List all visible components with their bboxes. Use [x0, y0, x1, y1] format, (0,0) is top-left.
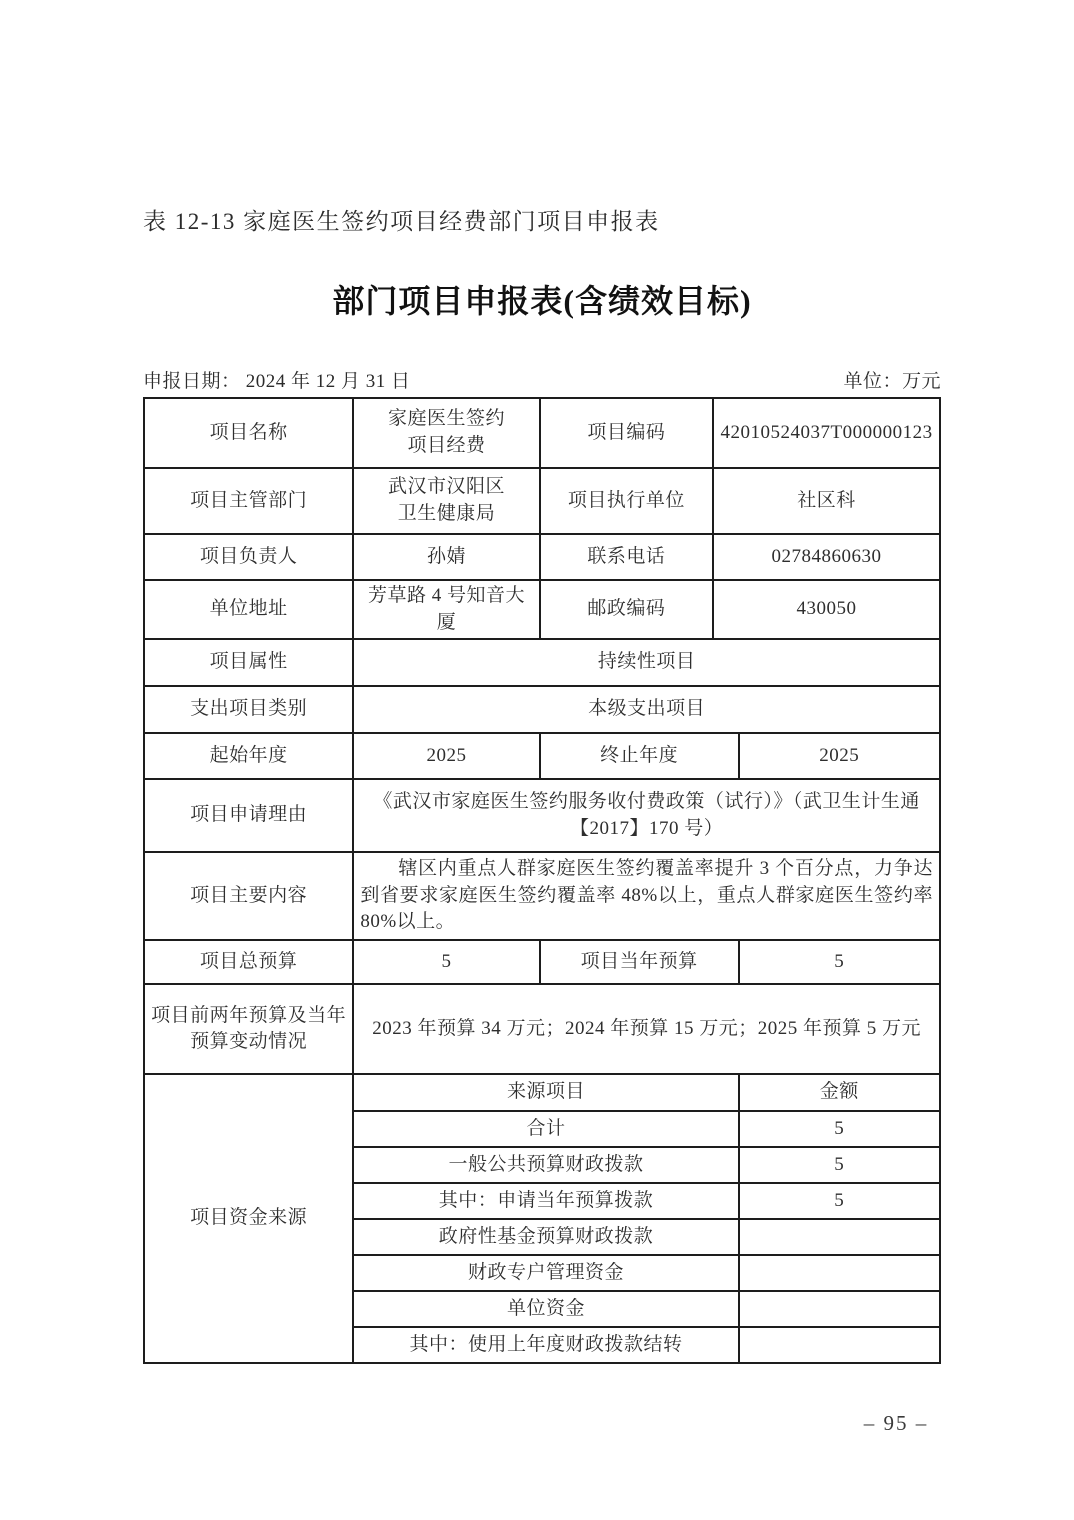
funding-label: 项目资金来源 [144, 1074, 353, 1363]
document-page: 表 12-13 家庭医生签约项目经费部门项目申报表 部门项目申报表(含绩效目标)… [0, 0, 1074, 1520]
application-form-table: 项目名称 家庭医生签约 项目经费 项目编码 42010524037T000000… [143, 397, 941, 1364]
phone-value: 02784860630 [713, 534, 940, 580]
funding-item: 其中：申请当年预算拨款 [353, 1183, 738, 1219]
total-budget-value: 5 [353, 940, 539, 984]
leader-value: 孙婧 [353, 534, 539, 580]
expense-type-value: 本级支出项目 [353, 686, 940, 733]
row-address: 单位地址 芳草路 4 号知音大厦 邮政编码 430050 [144, 580, 940, 639]
funding-amount [739, 1291, 940, 1327]
meta-row: 申报日期： 2024 年 12 月 31 日 单位：万元 [143, 366, 941, 393]
funding-amount: 5 [739, 1147, 940, 1183]
total-budget-label: 项目总预算 [144, 940, 353, 984]
row-leader: 项目负责人 孙婧 联系电话 02784860630 [144, 534, 940, 580]
row-budget: 项目总预算 5 项目当年预算 5 [144, 940, 940, 984]
row-dept: 项目主管部门 武汉市汉阳区 卫生健康局 项目执行单位 社区科 [144, 468, 940, 534]
attribute-value: 持续性项目 [353, 639, 940, 686]
project-name-value: 家庭医生签约 项目经费 [353, 398, 539, 468]
funding-amount: 5 [739, 1183, 940, 1219]
reason-label: 项目申请理由 [144, 779, 353, 852]
funding-header-item: 来源项目 [353, 1074, 738, 1111]
funding-item: 合计 [353, 1111, 738, 1147]
funding-item: 一般公共预算财政拨款 [353, 1147, 738, 1183]
funding-amount [739, 1255, 940, 1291]
row-funding-header: 项目资金来源 来源项目 金额 [144, 1074, 940, 1111]
reason-value: 《武汉市家庭医生签约服务收付费政策（试行）》（武卫生计生通【2017】170 号… [353, 779, 940, 852]
address-label: 单位地址 [144, 580, 353, 639]
funding-header-amount: 金额 [739, 1074, 940, 1111]
address-value: 芳草路 4 号知音大厦 [353, 580, 539, 639]
dept-value: 武汉市汉阳区 卫生健康局 [353, 468, 539, 534]
exec-unit-label: 项目执行单位 [540, 468, 714, 534]
table-caption: 表 12-13 家庭医生签约项目经费部门项目申报表 [143, 203, 660, 236]
funding-item: 其中：使用上年度财政拨款结转 [353, 1327, 738, 1363]
funding-amount [739, 1327, 940, 1363]
end-year-label: 终止年度 [540, 733, 739, 779]
expense-type-label: 支出项目类别 [144, 686, 353, 733]
row-years: 起始年度 2025 终止年度 2025 [144, 733, 940, 779]
project-code-label: 项目编码 [540, 398, 714, 468]
content-value: 辖区内重点人群家庭医生签约覆盖率提升 3 个百分点，力争达到省要求家庭医生签约覆… [353, 852, 940, 940]
year-budget-value: 5 [739, 940, 940, 984]
content-label: 项目主要内容 [144, 852, 353, 940]
funding-item: 财政专户管理资金 [353, 1255, 738, 1291]
exec-unit-value: 社区科 [713, 468, 940, 534]
unit-label: 单位：万元 [843, 366, 941, 393]
row-reason: 项目申请理由 《武汉市家庭医生签约服务收付费政策（试行）》（武卫生计生通【201… [144, 779, 940, 852]
funding-item: 政府性基金预算财政拨款 [353, 1219, 738, 1255]
row-content: 项目主要内容 辖区内重点人群家庭医生签约覆盖率提升 3 个百分点，力争达到省要求… [144, 852, 940, 940]
postcode-value: 430050 [713, 580, 940, 639]
phone-label: 联系电话 [540, 534, 714, 580]
project-name-label: 项目名称 [144, 398, 353, 468]
page-title: 部门项目申报表(含绩效目标) [143, 276, 941, 322]
dept-label: 项目主管部门 [144, 468, 353, 534]
start-year-value: 2025 [353, 733, 539, 779]
declare-date-label: 申报日期： 2024 年 12 月 31 日 [143, 366, 411, 393]
page-number: – 95 – [836, 1411, 956, 1436]
funding-amount: 5 [739, 1111, 940, 1147]
row-project-name: 项目名称 家庭医生签约 项目经费 项目编码 42010524037T000000… [144, 398, 940, 468]
attribute-label: 项目属性 [144, 639, 353, 686]
funding-amount [739, 1219, 940, 1255]
row-prev-budget: 项目前两年预算及当年 预算变动情况 2023 年预算 34 万元；2024 年预… [144, 984, 940, 1074]
start-year-label: 起始年度 [144, 733, 353, 779]
leader-label: 项目负责人 [144, 534, 353, 580]
row-attribute: 项目属性 持续性项目 [144, 639, 940, 686]
project-code-value: 42010524037T000000123 [713, 398, 940, 468]
prev-budget-value: 2023 年预算 34 万元；2024 年预算 15 万元；2025 年预算 5… [353, 984, 940, 1074]
postcode-label: 邮政编码 [540, 580, 714, 639]
row-expense-type: 支出项目类别 本级支出项目 [144, 686, 940, 733]
prev-budget-label: 项目前两年预算及当年 预算变动情况 [144, 984, 353, 1074]
end-year-value: 2025 [739, 733, 940, 779]
funding-item: 单位资金 [353, 1291, 738, 1327]
year-budget-label: 项目当年预算 [540, 940, 739, 984]
